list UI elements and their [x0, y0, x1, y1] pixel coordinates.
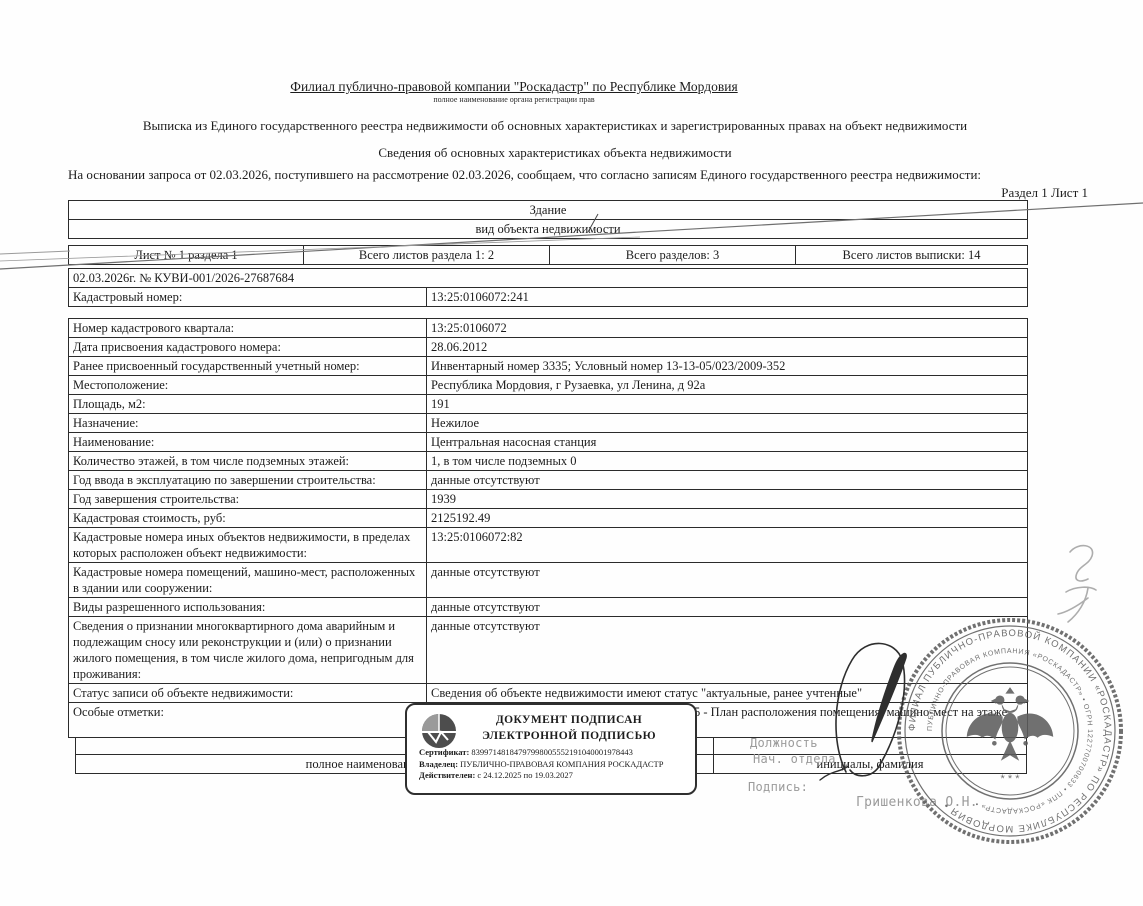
table-row: Здание — [69, 201, 1027, 219]
esign-details: Сертификат: 8399714818479799800555219104… — [419, 747, 685, 782]
attr-label: Назначение: — [69, 414, 427, 432]
table-row: Год ввода в эксплуатацию по завершении с… — [69, 470, 1027, 489]
attr-label: Количество этажей, в том числе подземных… — [69, 452, 427, 470]
position-printed-value: Нач. отдела — [753, 752, 836, 766]
seal-stars: * * * — [1001, 773, 1021, 785]
esign-box: ДОКУМЕНТ ПОДПИСАН ЭЛЕКТРОННОЙ ПОДПИСЬЮ С… — [405, 703, 697, 795]
org-title: Филиал публично-правовой компании "Роска… — [0, 79, 1028, 95]
attr-label: Особые отметки: — [69, 703, 427, 737]
table-row: Кадастровый номер: 13:25:0106072:241 — [69, 287, 1027, 306]
position-printed-label: Должность — [750, 736, 818, 750]
attr-label: Дата присвоения кадастрового номера: — [69, 338, 427, 356]
attr-label: Номер кадастрового квартала: — [69, 319, 427, 337]
cadastral-number-value: 13:25:0106072:241 — [427, 288, 1027, 306]
table-row: Номер кадастрового квартала:13:25:010607… — [69, 319, 1027, 337]
esign-title-line2: ЭЛЕКТРОННОЙ ПОДПИСЬЮ — [459, 730, 679, 742]
object-type-caption: вид объекта недвижимости — [69, 220, 1027, 238]
attr-label: Год ввода в эксплуатацию по завершении с… — [69, 471, 427, 489]
attr-label: Местоположение: — [69, 376, 427, 394]
sheets-in-section-cell: Всего листов раздела 1: 2 — [304, 246, 550, 264]
esign-valid-value: с 24.12.2025 по 19.03.2027 — [477, 770, 572, 780]
esign-valid-label: Действителен: — [419, 770, 475, 780]
table-row: Местоположение:Республика Мордовия, г Ру… — [69, 375, 1027, 394]
section-sheet-label: Раздел 1 Лист 1 — [928, 185, 1088, 201]
sheet-number-cell: Лист № 1 раздела 1 — [69, 246, 304, 264]
attr-label: Кадастровые номера иных объектов недвижи… — [69, 528, 427, 562]
attr-label: Площадь, м2: — [69, 395, 427, 413]
object-type-value: Здание — [69, 201, 1027, 219]
signer-name-printed: Гришенкова О.Н. — [856, 795, 978, 810]
esign-cert-value: 83997148184797998005552191040001978443 — [471, 747, 633, 757]
table-row: Кадастровые номера помещений, машино-мес… — [69, 562, 1027, 597]
table-row: Ранее присвоенный государственный учетны… — [69, 356, 1027, 375]
attr-value: 13:25:0106072 — [427, 319, 1027, 337]
section-title: Сведения об основных характеристиках объ… — [0, 145, 1110, 161]
request-number-table: 02.03.2026г. № КУВИ-001/2026-27687684 Ка… — [68, 268, 1028, 307]
table-row: Дата присвоения кадастрового номера:28.0… — [69, 337, 1027, 356]
cadastral-number-label: Кадастровый номер: — [69, 288, 427, 306]
esign-owner: Владелец: ПУБЛИЧНО-ПРАВОВАЯ КОМПАНИЯ РОС… — [419, 759, 685, 771]
attr-label: Сведения о признании многоквартирного до… — [69, 617, 427, 683]
table-row: Год завершения строительства:1939 — [69, 489, 1027, 508]
attr-value: данные отсутствуют — [427, 617, 1027, 683]
attr-label: Ранее присвоенный государственный учетны… — [69, 357, 427, 375]
attr-value: 1939 — [427, 490, 1027, 508]
table-row: Наименование:Центральная насосная станци… — [69, 432, 1027, 451]
attr-value: данные отсутствуют — [427, 598, 1027, 616]
table-row: Кадастровая стоимость, руб:2125192.49 — [69, 508, 1027, 527]
attr-value: данные отсутствуют — [427, 563, 1027, 597]
table-row: Статус записи об объекте недвижимости:Св… — [69, 683, 1027, 702]
attr-label: Год завершения строительства: — [69, 490, 427, 508]
sheets-total-cell: Всего листов выписки: 14 — [796, 246, 1027, 264]
attr-value: 13:25:0106072:82 — [427, 528, 1027, 562]
attr-value: данные отсутствуют — [427, 471, 1027, 489]
attr-label: Наименование: — [69, 433, 427, 451]
esign-title-line1: ДОКУМЕНТ ПОДПИСАН — [459, 714, 679, 726]
roskadastr-logo-icon — [419, 711, 459, 751]
table-row: Назначение:Нежилое — [69, 413, 1027, 432]
attr-value: Республика Мордовия, г Рузаевка, ул Лени… — [427, 376, 1027, 394]
attr-value: Нежилое — [427, 414, 1027, 432]
attr-value: 191 — [427, 395, 1027, 413]
attr-value: Инвентарный номер 3335; Условный номер 1… — [427, 357, 1027, 375]
attr-label: Статус записи об объекте недвижимости: — [69, 684, 427, 702]
esign-owner-value: ПУБЛИЧНО-ПРАВОВАЯ КОМПАНИЯ РОСКАДАСТР — [460, 759, 663, 769]
pencil-annotation — [1058, 546, 1096, 622]
object-type-table: Здание вид объекта недвижимости — [68, 200, 1028, 239]
attr-label: Виды разрешенного использования: — [69, 598, 427, 616]
request-date-number: 02.03.2026г. № КУВИ-001/2026-27687684 — [69, 269, 1027, 287]
attr-value: Сведения об объекте недвижимости имеют с… — [427, 684, 1027, 702]
attr-value: 28.06.2012 — [427, 338, 1027, 356]
esign-cert-label: Сертификат: — [419, 747, 469, 757]
attributes-table: Номер кадастрового квартала:13:25:010607… — [68, 318, 1028, 738]
table-row: Кадастровые номера иных объектов недвижи… — [69, 527, 1027, 562]
table-row: вид объекта недвижимости — [69, 219, 1027, 238]
table-row: 02.03.2026г. № КУВИ-001/2026-27687684 — [69, 269, 1027, 287]
request-basis-line: На основании запроса от 02.03.2026, пост… — [68, 167, 1068, 183]
signature-printed-label: Подпись: — [748, 780, 808, 794]
attr-value: 2125192.49 — [427, 509, 1027, 527]
table-row: Сведения о признании многоквартирного до… — [69, 616, 1027, 683]
sheets-counters-table: Лист № 1 раздела 1 Всего листов раздела … — [68, 245, 1028, 265]
table-row: Лист № 1 раздела 1 Всего листов раздела … — [69, 246, 1027, 264]
esign-validity: Действителен: с 24.12.2025 по 19.03.2027 — [419, 770, 685, 782]
org-subtitle: полное наименование органа регистрации п… — [0, 95, 1028, 104]
egrn-extract-page: Филиал публично-правовой компании "Роска… — [0, 0, 1143, 906]
document-title: Выписка из Единого государственного реес… — [0, 118, 1110, 134]
sections-total-cell: Всего разделов: 3 — [550, 246, 796, 264]
table-row: Виды разрешенного использования:данные о… — [69, 597, 1027, 616]
attr-value: 1, в том числе подземных 0 — [427, 452, 1027, 470]
attr-label: Кадастровая стоимость, руб: — [69, 509, 427, 527]
table-row: Количество этажей, в том числе подземных… — [69, 451, 1027, 470]
esign-certificate: Сертификат: 8399714818479799800555219104… — [419, 747, 685, 759]
attr-value: Центральная насосная станция — [427, 433, 1027, 451]
esign-owner-label: Владелец: — [419, 759, 458, 769]
attr-label: Кадастровые номера помещений, машино-мес… — [69, 563, 427, 597]
table-row: Площадь, м2:191 — [69, 394, 1027, 413]
